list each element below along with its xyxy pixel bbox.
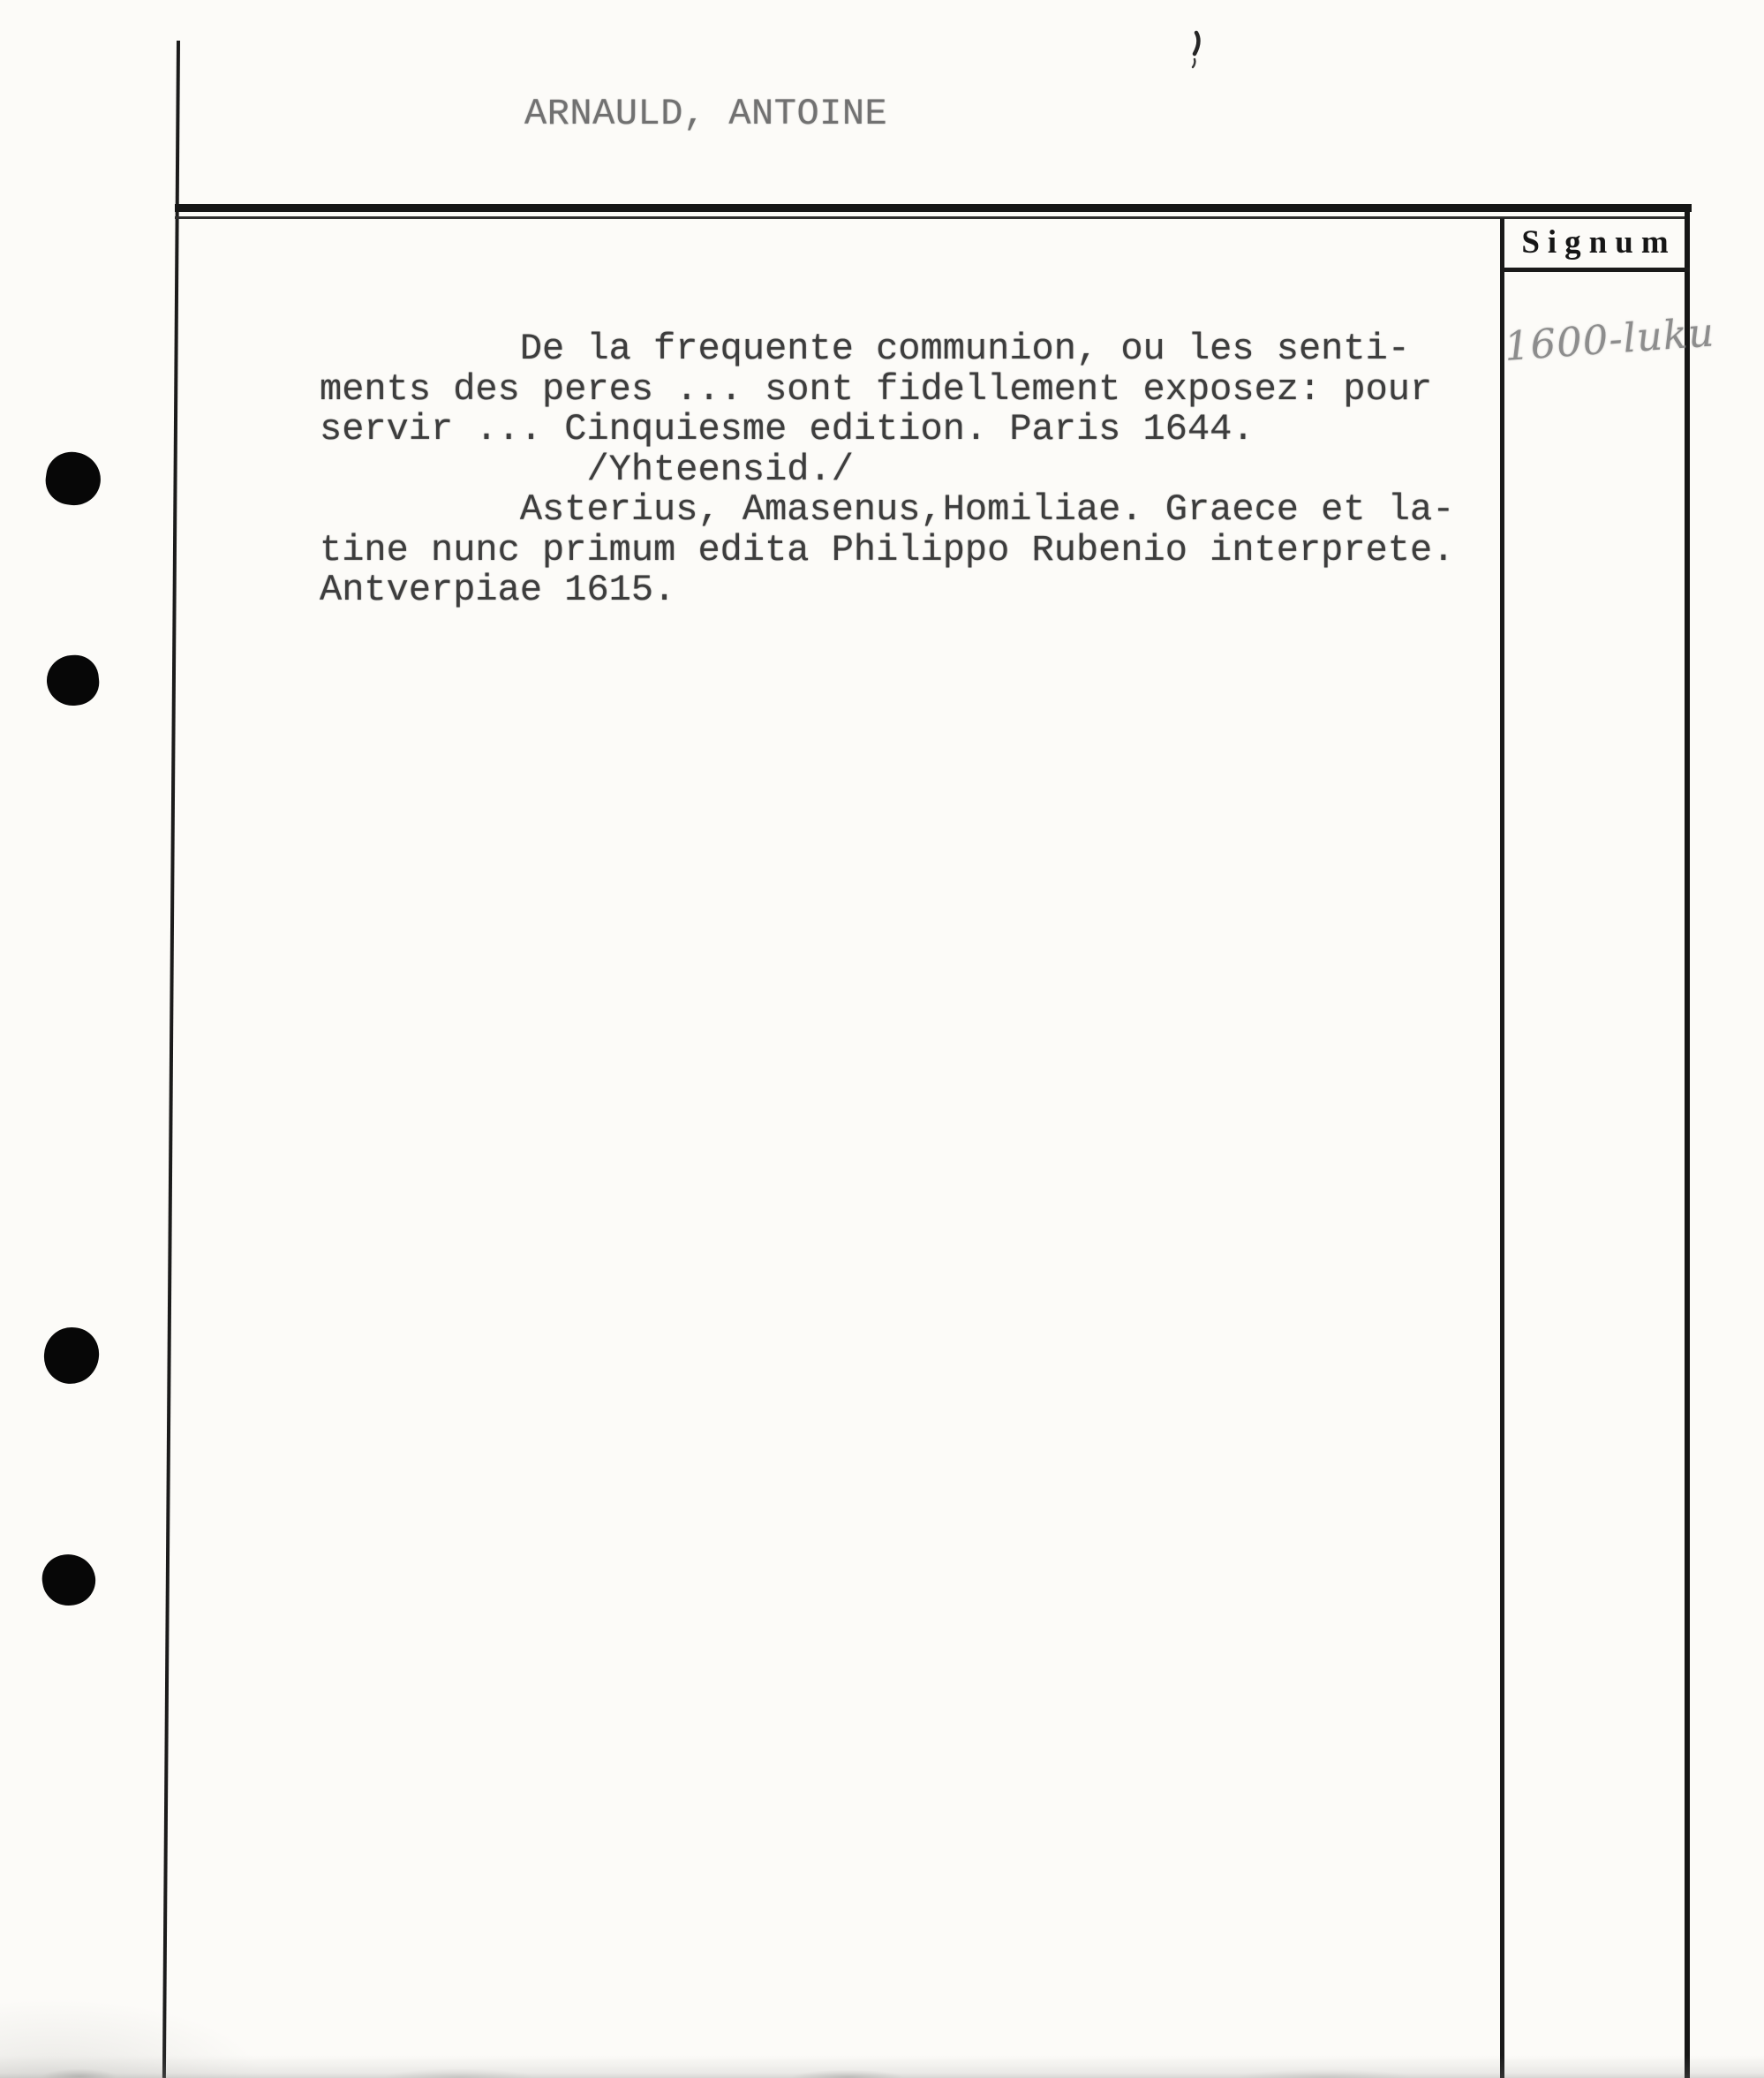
hole-punch-dot — [44, 653, 102, 708]
entry-text-line: /Yhteensid./ — [320, 450, 1454, 491]
hole-punch-dot — [42, 449, 104, 509]
signum-label: Signum — [1500, 223, 1690, 261]
catalog-card-page: ARNAULD, ANTOINE Signum 1600-luku De la … — [0, 0, 1764, 2078]
signum-column-left-border — [1500, 218, 1504, 2078]
header-rule-thick — [175, 204, 1692, 212]
left-margin-rule — [162, 41, 180, 2078]
entry-text-line: De la frequente communion, ou les senti- — [320, 329, 1454, 370]
entry-text-line: servir ... Cinquiesme edition. Paris 164… — [320, 410, 1454, 450]
heading-author: ARNAULD, ANTOINE — [524, 94, 887, 134]
signum-header-bottom-border — [1500, 268, 1690, 272]
scan-edge-smudge — [0, 2055, 1764, 2078]
entry-text-line: Antverpiae 1615. — [320, 571, 1454, 611]
entry-text-block: De la frequente communion, ou les senti-… — [320, 329, 1454, 611]
ink-smudge-mark — [1187, 30, 1206, 72]
entry-text-line: ments des peres ... sont fidellement exp… — [320, 370, 1454, 411]
hole-punch-dot — [42, 1326, 101, 1386]
entry-text-line: tine nunc primum edita Philippo Rubenio … — [320, 531, 1454, 571]
signum-column-right-border — [1685, 204, 1690, 2078]
entry-text-line: Asterius, Amasenus,Homiliae. Graece et l… — [320, 490, 1454, 531]
hole-punch-dot — [39, 1551, 99, 1610]
header-rule-thin — [175, 216, 1688, 219]
